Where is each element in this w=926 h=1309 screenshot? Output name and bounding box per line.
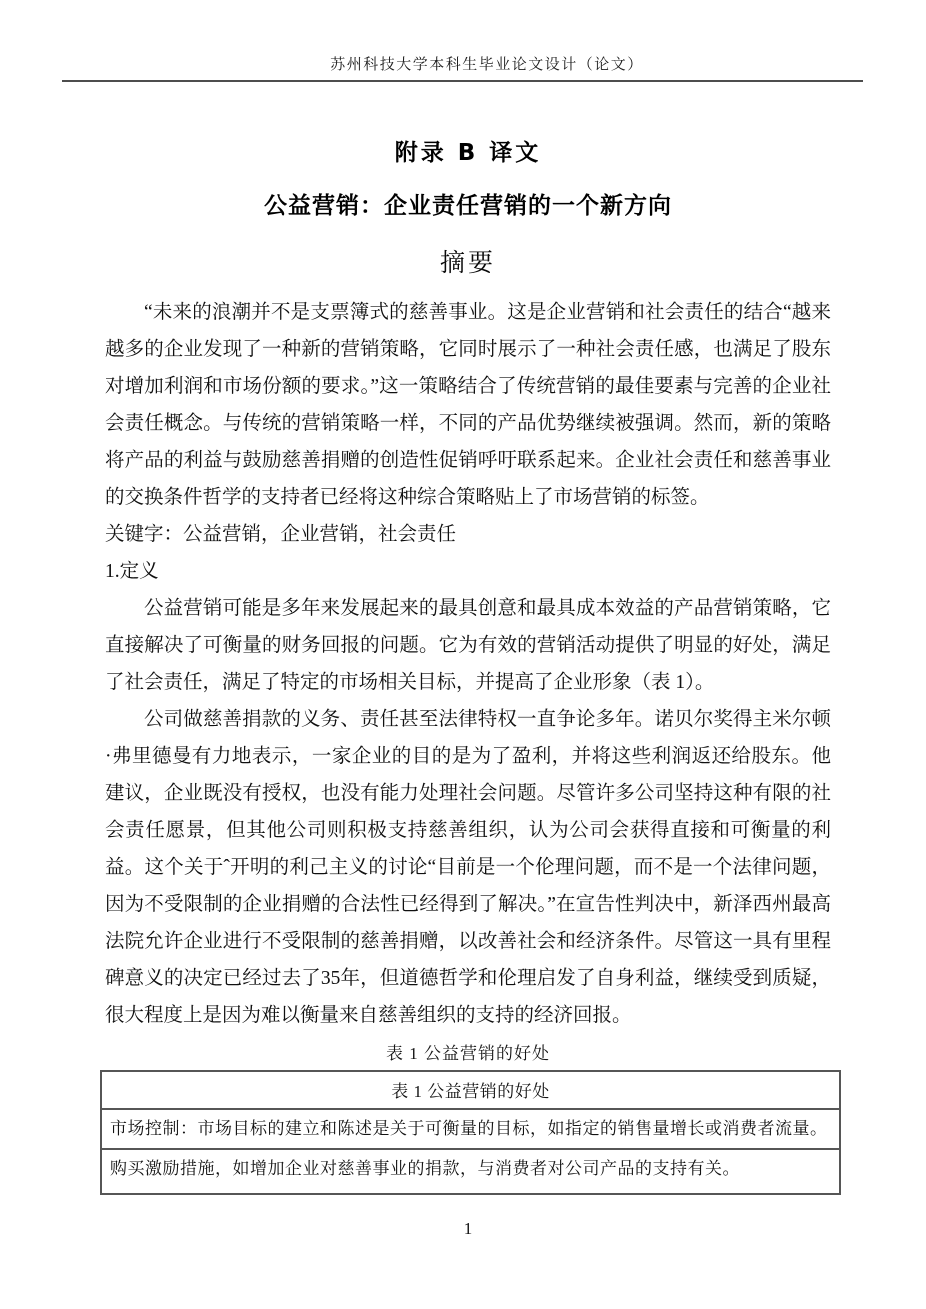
abstract-paragraph: “未来的浪潮并不是支票簿式的慈善事业。这是企业营销和社会责任的结合“越来越多的企… [105, 294, 831, 516]
benefits-table: 表 1 公益营销的好处 市场控制：市场目标的建立和陈述是关于可衡量的目标，如指定… [100, 1070, 841, 1195]
abstract-heading: 摘要 [105, 247, 831, 278]
table-title-row: 表 1 公益营销的好处 [101, 1071, 840, 1109]
running-header: 苏州科技大学本科生毕业论文设计（论文） [0, 53, 926, 74]
table-row: 购买激励措施，如增加企业对慈善事业的捐款，与消费者对公司产品的支持有关。 [101, 1149, 840, 1194]
document-content: 附录 B 译文 公益营销：企业责任营销的一个新方向 摘要 “未来的浪潮并不是支票… [105, 139, 831, 1239]
table-cell-purchase-incentive: 购买激励措施，如增加企业对慈善事业的捐款，与消费者对公司产品的支持有关。 [101, 1149, 840, 1194]
appendix-title: 附录 B 译文 [105, 139, 831, 167]
article-title: 公益营销：企业责任营销的一个新方向 [105, 192, 831, 221]
keywords-line: 关键字：公益营销，企业营销，社会责任 [105, 516, 831, 553]
header-rule [62, 80, 863, 82]
page-number: 1 [105, 1219, 831, 1239]
table-cell-market-control: 市场控制：市场目标的建立和陈述是关于可衡量的目标，如指定的销售量增长或消费者流量… [101, 1109, 840, 1149]
section-heading-definition: 1.定义 [105, 553, 831, 590]
debate-paragraph: 公司做慈善捐款的义务、责任甚至法律特权一直争论多年。诺贝尔奖得主米尔顿·弗里德曼… [105, 701, 831, 1034]
table-title-cell: 表 1 公益营销的好处 [101, 1071, 840, 1109]
table-row: 市场控制：市场目标的建立和陈述是关于可衡量的目标，如指定的销售量增长或消费者流量… [101, 1109, 840, 1149]
table-caption: 表 1 公益营销的好处 [105, 1039, 831, 1064]
definition-paragraph: 公益营销可能是多年来发展起来的最具创意和最具成本效益的产品营销策略，它直接解决了… [105, 590, 831, 701]
document-page: 苏州科技大学本科生毕业论文设计（论文） 附录 B 译文 公益营销：企业责任营销的… [0, 0, 926, 1309]
